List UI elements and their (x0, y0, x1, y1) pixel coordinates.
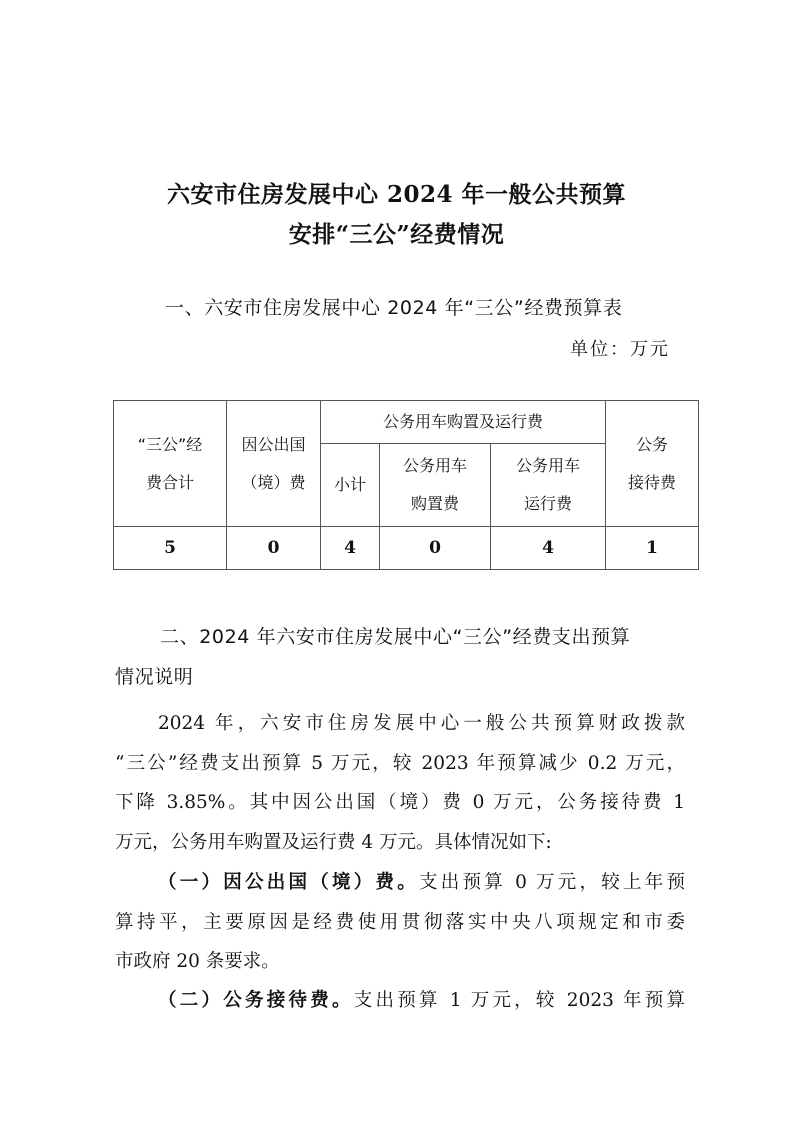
value-vehicle-operation: 4 (491, 527, 606, 570)
header-vehicle-operation-line-1: 公务用车 (491, 447, 605, 485)
header-reception-line-1: 公务 (606, 426, 698, 464)
budget-table: “三公”经 费合计 因公出国 （境）费 公务用车购置及运行费 公务 接待费 小计… (113, 400, 699, 570)
header-vehicle-purchase-line-2: 购置费 (380, 485, 490, 523)
header-total: “三公”经 费合计 (114, 401, 227, 527)
header-abroad: 因公出国 （境）费 (227, 401, 321, 527)
document-title-line-1: 六安市住房发展中心 2024 年一般公共预算 (0, 176, 793, 209)
value-abroad: 0 (227, 527, 321, 570)
value-total: 5 (114, 527, 227, 570)
header-subtotal: 小计 (321, 444, 380, 527)
header-reception-line-2: 接待费 (606, 464, 698, 502)
section2-heading-line-2: 情况说明 (115, 662, 193, 689)
document-title-line-2: 安排“三公”经费情况 (0, 216, 793, 249)
item2-first-line-rest: 支出预算 1 万元，较 2023 年预算 (354, 990, 685, 1011)
header-vehicle-purchase: 公务用车 购置费 (380, 444, 491, 527)
paragraph1-line-4: 万元，公务用车购置及运行费 4 万元。具体情况如下: (115, 828, 685, 854)
header-reception: 公务 接待费 (606, 401, 699, 527)
section1-heading: 一、六安市住房发展中心 2024 年“三公”经费预算表 (165, 293, 622, 320)
item2-label: （二）公务接待费。 (158, 990, 354, 1011)
unit-label: 单位：万元 (570, 335, 670, 361)
header-vehicle-group: 公务用车购置及运行费 (321, 401, 606, 444)
header-vehicle-purchase-line-1: 公务用车 (380, 447, 490, 485)
table-row: 5 0 4 0 4 1 (114, 527, 699, 570)
item1-first-line: （一）因公出国（境）费。支出预算 0 万元，较上年预 (158, 868, 685, 894)
header-abroad-line-1: 因公出国 (227, 426, 320, 464)
item1-label: （一）因公出国（境）费。 (158, 872, 419, 893)
header-total-line-1: “三公”经 (114, 426, 226, 464)
header-vehicle-operation-line-2: 运行费 (491, 485, 605, 523)
item2-first-line: （二）公务接待费。支出预算 1 万元，较 2023 年预算 (158, 986, 685, 1012)
paragraph1-line-2: “三公”经费支出预算 5 万元，较 2023 年预算减少 0.2 万元， (115, 749, 685, 775)
header-abroad-line-2: （境）费 (227, 464, 320, 502)
header-total-line-2: 费合计 (114, 464, 226, 502)
item1-first-line-rest: 支出预算 0 万元，较上年预 (419, 872, 685, 893)
paragraph1-line-1: 2024 年，六安市住房发展中心一般公共预算财政拨款 (158, 709, 685, 735)
item1-line-2: 算持平，主要原因是经费使用贯彻落实中央八项规定和市委 (115, 908, 685, 934)
value-subtotal: 4 (321, 527, 380, 570)
header-vehicle-operation: 公务用车 运行费 (491, 444, 606, 527)
section2-heading-line-1: 二、2024 年六安市住房发展中心“三公”经费支出预算 (160, 622, 630, 649)
value-reception: 1 (606, 527, 699, 570)
paragraph1-line-3: 下降 3.85%。其中因公出国（境）费 0 万元，公务接待费 1 (115, 788, 685, 814)
item1-line-3: 市政府 20 条要求。 (115, 947, 685, 973)
value-vehicle-purchase: 0 (380, 527, 491, 570)
